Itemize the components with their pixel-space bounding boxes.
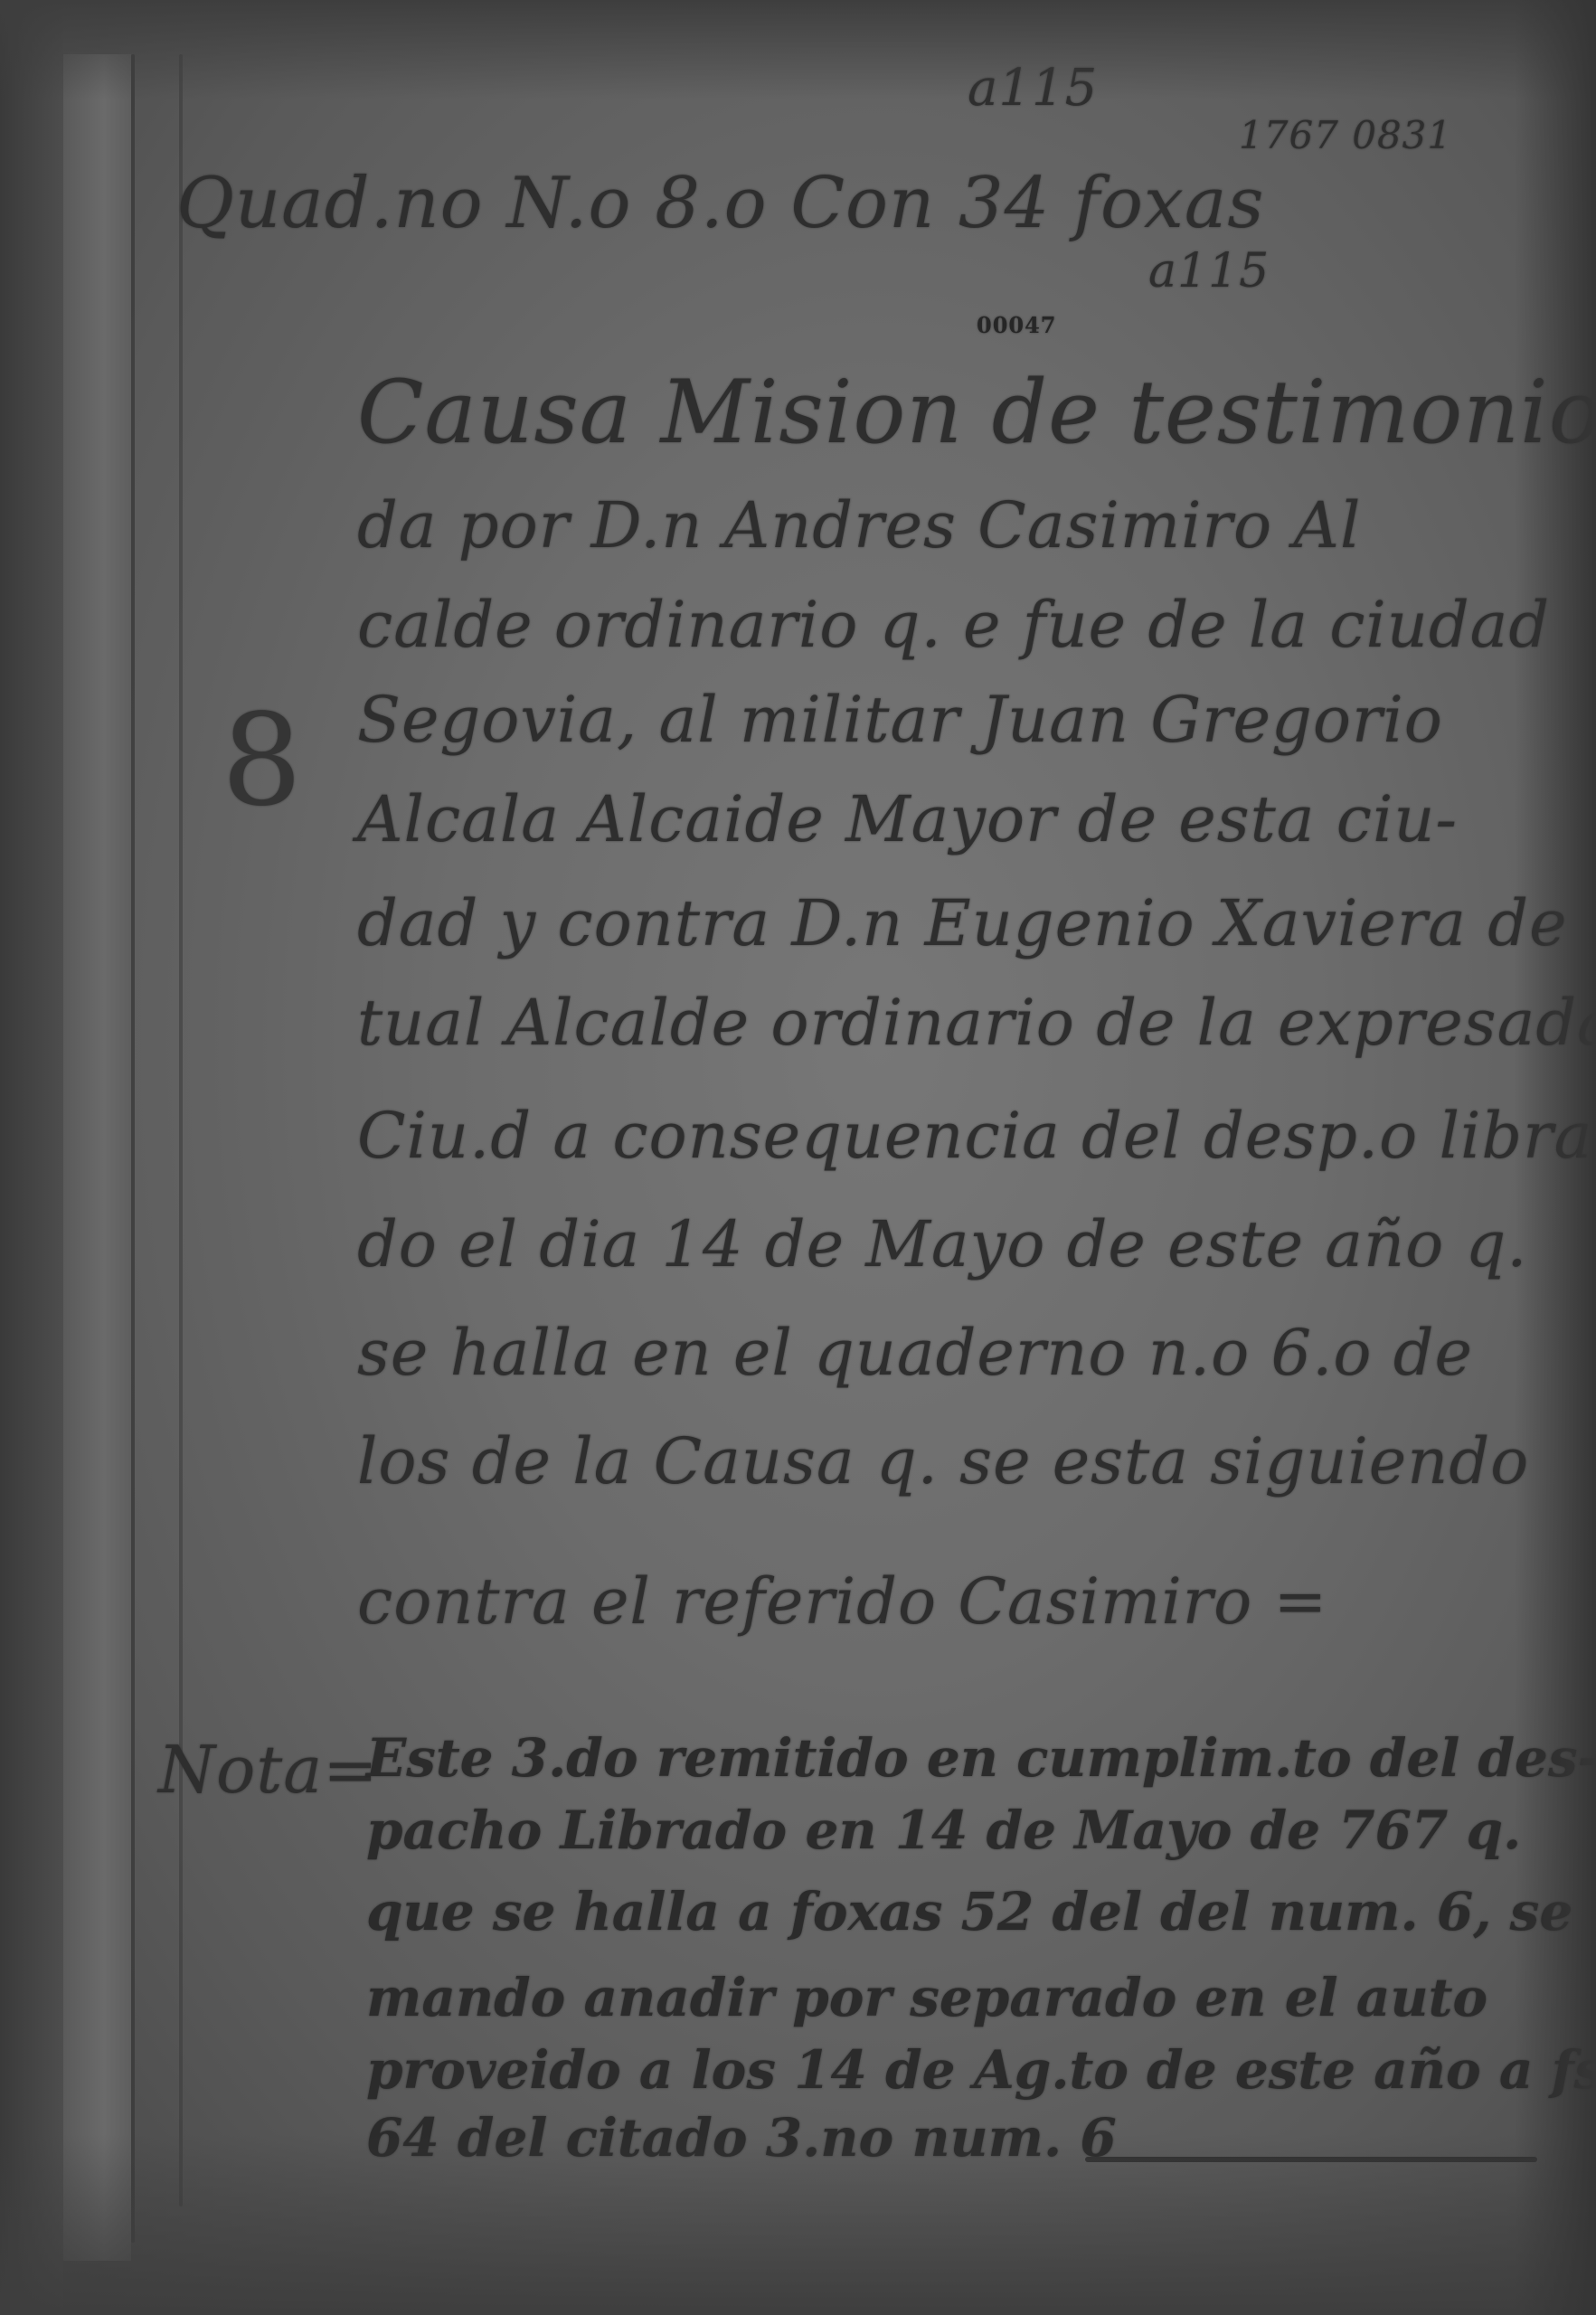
archive-stamp: 00047 (977, 312, 1057, 338)
note-line: proveido a los 14 de Ag.to de este año a… (366, 2039, 1596, 2101)
body-line: Causa Mision de testimonio (357, 362, 1596, 463)
body-line: da por D.n Andres Casimiro Al (357, 488, 1361, 562)
note-line: mando anadir por separado en el auto (366, 1967, 1487, 2028)
folio-number-secondary: a115 (1148, 244, 1270, 298)
body-line: do el dia 14 de Mayo de este año q. (357, 1207, 1528, 1281)
archive-reference: 1767 0831 (1239, 113, 1452, 157)
margin-rule-line (131, 54, 135, 2243)
note-line: que se halla a foxas 52 del del num. 6, … (366, 1881, 1572, 1942)
scan-shadow-right (1515, 0, 1596, 2315)
body-line: Ciu.d a consequencia del desp.o libra- (357, 1099, 1596, 1173)
body-line: se halla en el quaderno n.o 6.o de (357, 1316, 1473, 1390)
body-line: Segovia, al militar Juan Gregorio (357, 683, 1443, 757)
binding-edge (0, 0, 63, 2315)
body-line: los de la Causa q. se esta siguiendo (357, 1424, 1529, 1498)
margin-strip (63, 54, 131, 2261)
margin-rule-line-inner (179, 54, 183, 2206)
body-line: dad y contra D.n Eugenio Xaviera de (357, 886, 1568, 960)
note-label: Nota= (158, 1732, 379, 1808)
body-line: calde ordinario q. e fue de la ciudad (357, 588, 1550, 662)
margin-number: 8 (222, 687, 303, 835)
body-line: Alcala Alcaide Mayor de esta ciu- (357, 782, 1458, 856)
note-line: Este 3.do remitido en cumplim.to del des… (366, 1727, 1596, 1789)
scan-shadow-top (0, 0, 1596, 99)
document-header: Quad.no N.o 8.o Con 34 foxas (176, 163, 1264, 244)
manuscript-scan: a115 1767 0831 Quad.no N.o 8.o Con 34 fo… (0, 0, 1596, 2315)
body-line: contra el referido Casimiro = (357, 1564, 1327, 1639)
scan-shadow-bottom (0, 2134, 1596, 2315)
note-line: pacho Librado en 14 de Mayo de 767 q. (366, 1800, 1521, 1861)
body-line: tual Alcalde ordinario de la expresada (357, 986, 1596, 1060)
